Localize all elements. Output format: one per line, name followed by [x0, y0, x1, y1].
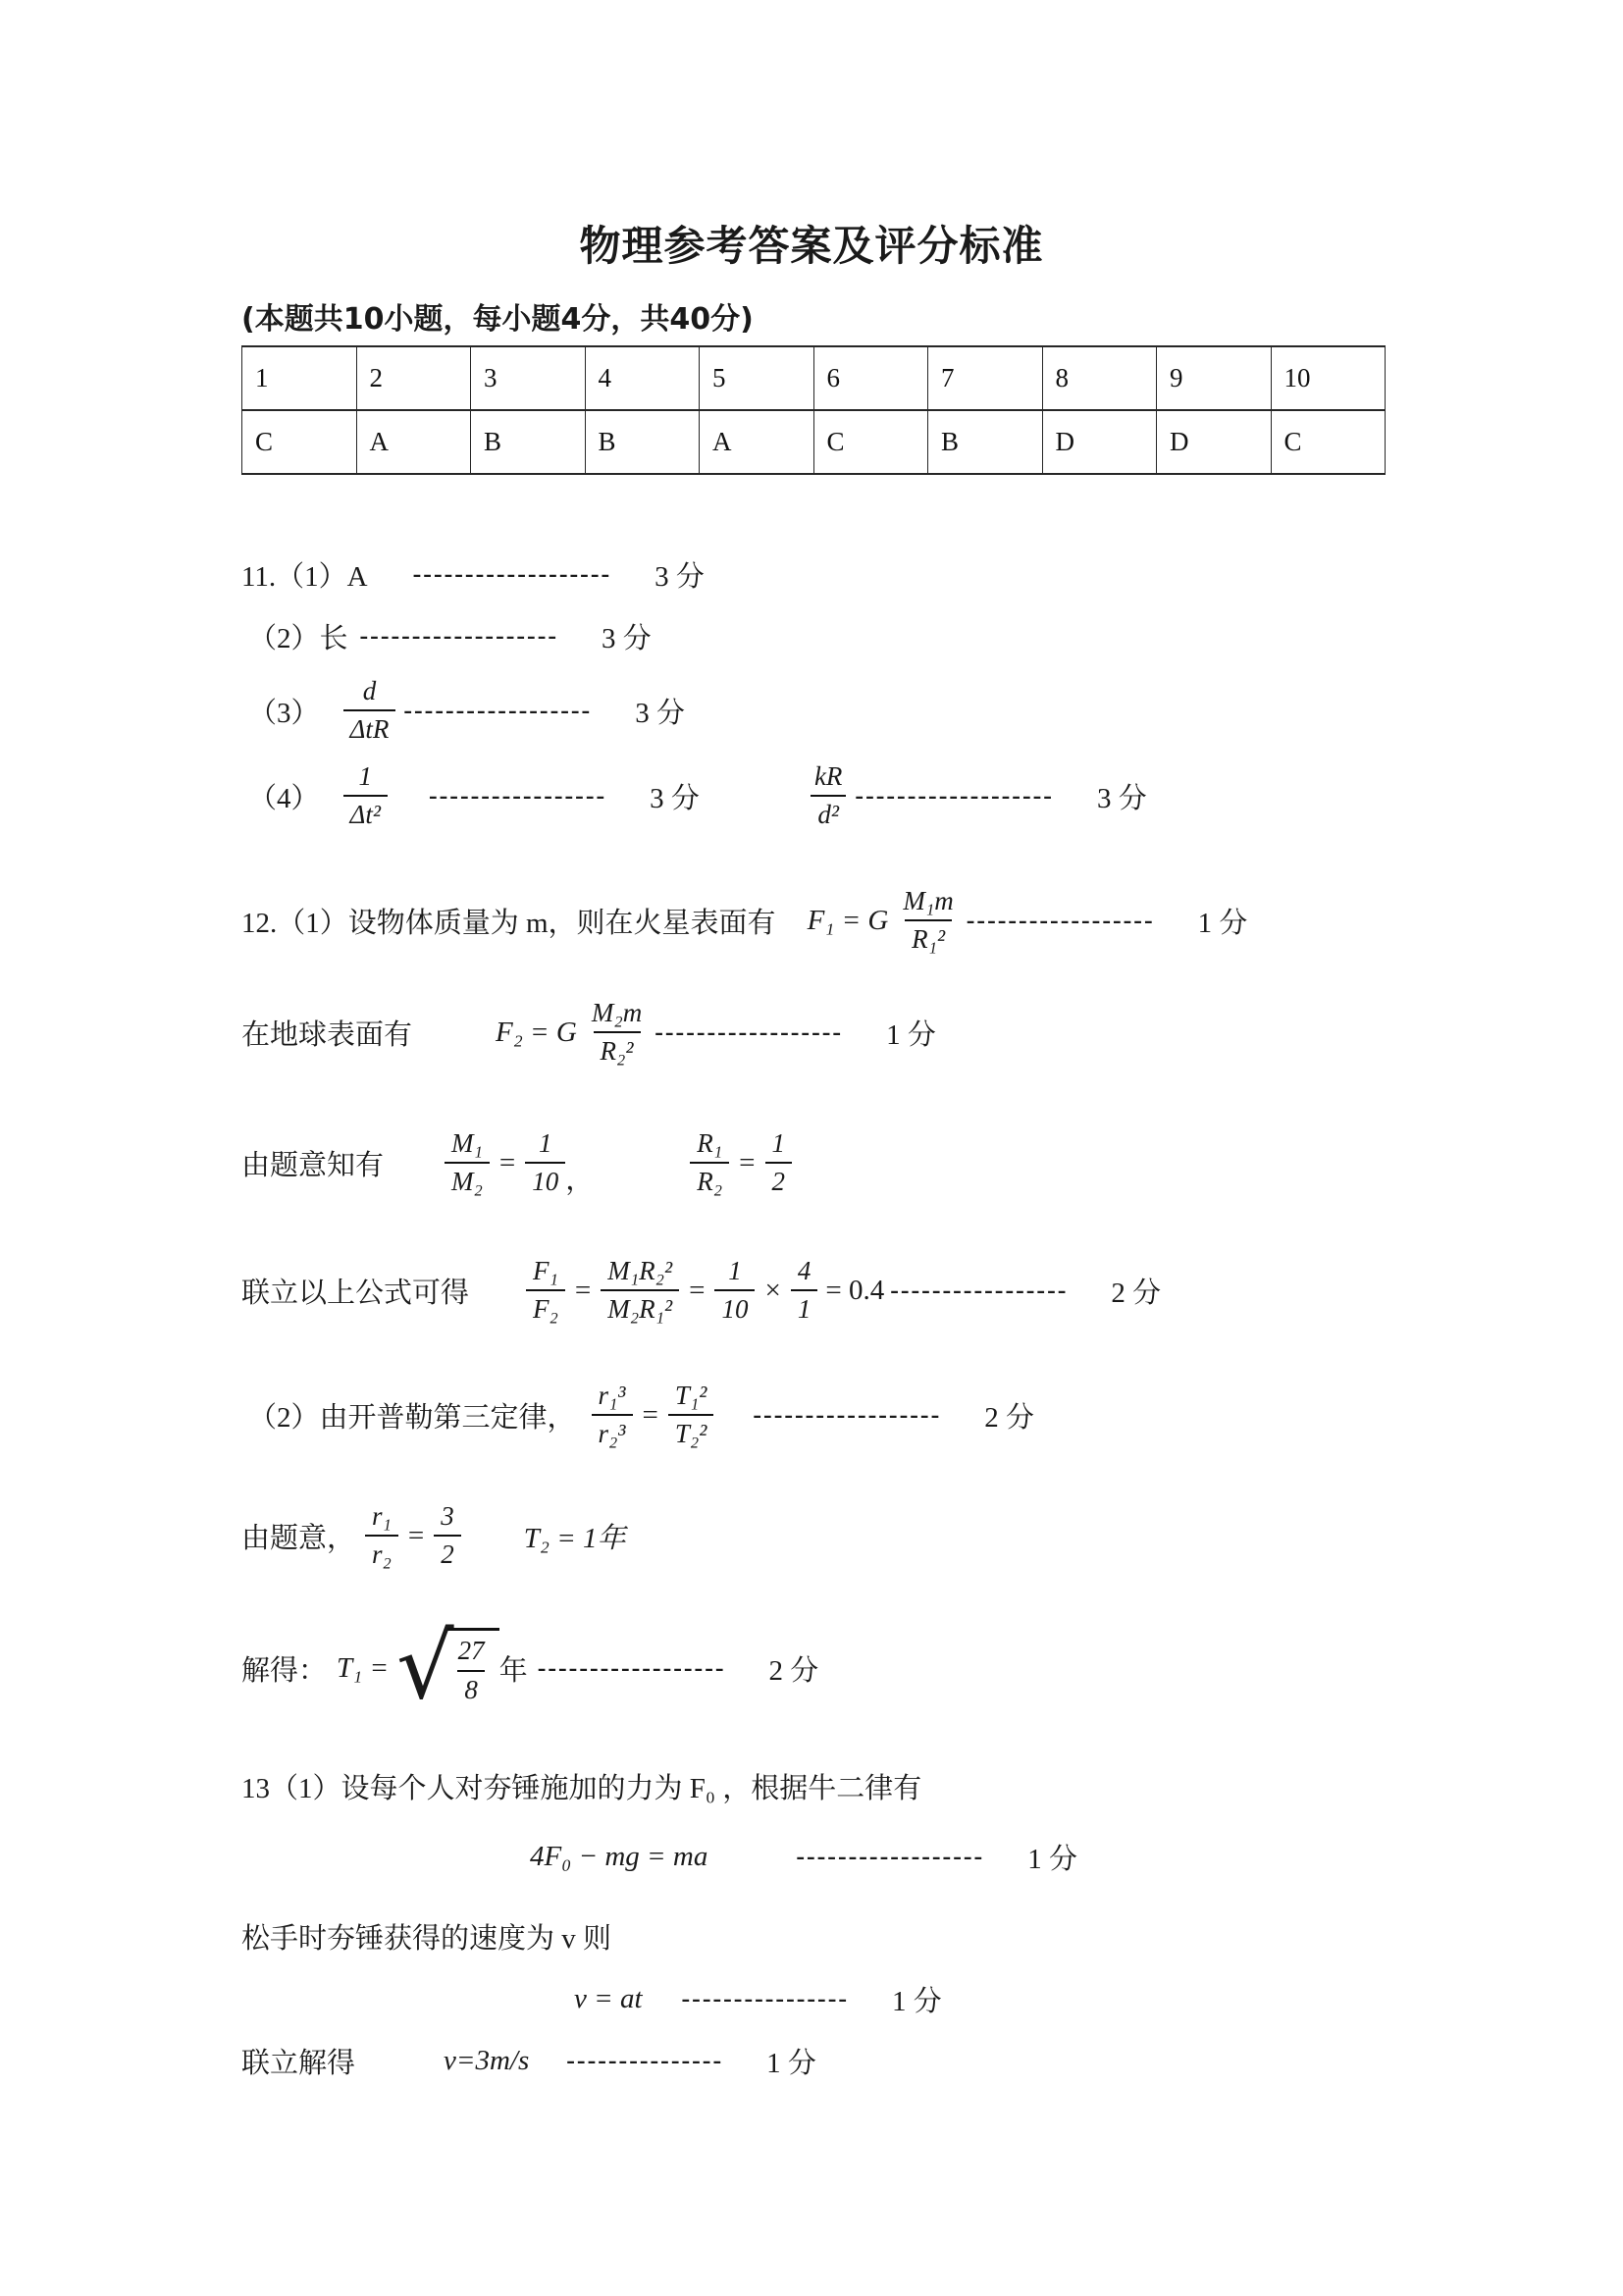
dots-leader: -----------------	[890, 1276, 1068, 1305]
statement-label: 由题意知有	[241, 1143, 384, 1183]
fraction: 27 8	[451, 1636, 492, 1704]
answer-table-answer-cell: D	[1042, 410, 1157, 474]
q12-line-3: 由题意知有 M₁ M₂ = 1 10 ， R₁ R₂ = 1 2	[241, 1114, 792, 1212]
fraction-denominator: d²	[811, 795, 846, 830]
dots-leader: ----------------	[682, 1984, 850, 2013]
score-label: 3 分	[1097, 776, 1147, 816]
times-sign: ×	[764, 1275, 780, 1307]
q13-line-1: 13（1）设每个人对夯锤施加的力为 F₀ ，根据牛二律有	[241, 1766, 921, 1805]
fraction-numerator: 1	[351, 761, 379, 795]
answer-table-answer-cell: A	[356, 410, 471, 474]
answer-table-answer-cell: D	[1157, 410, 1272, 474]
fraction-denominator: r₂³	[592, 1414, 633, 1449]
statement-label: 12.（1）设物体质量为 m，则在火星表面有	[241, 901, 776, 941]
answer-table-header-cell: 1	[242, 346, 357, 410]
fraction-numerator: M₂m	[585, 998, 649, 1031]
fraction-numerator: R₁	[690, 1128, 729, 1162]
fraction-denominator: R₁²	[905, 919, 952, 955]
score-label: 1 分	[892, 1979, 942, 2019]
fraction-numerator: T₁²	[668, 1381, 714, 1414]
statement-label: 由题意，	[241, 1516, 355, 1556]
equals-sign: =	[689, 1275, 705, 1307]
fraction-denominator: r₂	[365, 1535, 398, 1570]
score-label: 2 分	[1111, 1271, 1161, 1311]
statement-label: 联立解得	[241, 2041, 355, 2081]
score-label: 3 分	[650, 776, 700, 816]
fraction-denominator: 8	[457, 1670, 485, 1705]
fraction-numerator: 27	[451, 1636, 492, 1669]
fraction: 1 2	[765, 1128, 793, 1197]
statement-label: （2）由开普勒第三定律，	[248, 1395, 576, 1435]
fraction-denominator: M₂	[445, 1162, 490, 1197]
score-label: 3 分	[635, 691, 685, 731]
dots-leader: -----------------	[429, 781, 606, 810]
dots-leader: ------------------	[753, 1400, 941, 1430]
fraction-numerator: d	[356, 676, 384, 709]
q12-line-2: 在地球表面有 F₂ = G M₂m R₂² ------------------…	[241, 983, 936, 1081]
formula-lhs: F₂ = G	[496, 1017, 577, 1049]
equals-sign: =	[575, 1275, 591, 1307]
fraction: M₁m R₁²	[896, 886, 960, 955]
fraction: 4 1	[791, 1256, 818, 1325]
fraction-denominator: F₂	[526, 1289, 565, 1325]
fraction: T₁² T₂²	[668, 1381, 714, 1449]
q12-line-5: （2）由开普勒第三定律， r₁³ r₂³ = T₁² T₂² ---------…	[248, 1361, 1034, 1469]
equals-sign: =	[643, 1399, 658, 1432]
formula-lhs: T₁ =	[337, 1652, 389, 1685]
fraction-numerator: 3	[434, 1501, 461, 1535]
fraction-denominator: R₂²	[594, 1031, 641, 1067]
score-label: 3 分	[602, 616, 652, 656]
fraction-numerator: kR	[808, 761, 849, 795]
fraction-numerator: 1	[721, 1256, 749, 1289]
fraction-numerator: M₁	[445, 1128, 490, 1162]
fraction-numerator: F₁	[526, 1256, 565, 1289]
dots-leader: ---------------	[566, 2046, 723, 2075]
fraction: 1 10	[525, 1128, 565, 1197]
q12-line-6: 由题意， r₁ r₂ = 3 2 T₂ = 1年	[241, 1487, 626, 1585]
formula: v=3m/s	[444, 2045, 529, 2077]
fraction-numerator: M₁R₂²	[601, 1256, 679, 1289]
q11-item-1: 11.（1）A ------------------- 3 分	[241, 554, 705, 594]
score-label: 1 分	[1027, 1837, 1077, 1877]
fraction: 3 2	[434, 1501, 461, 1570]
answer-table-header-cell: 10	[1271, 346, 1386, 410]
fraction: M₁R₂² M₂R₁²	[601, 1256, 679, 1325]
fraction-numerator: 1	[532, 1128, 559, 1162]
q12-line-4: 联立以上公式可得 F₁ F₂ = M₁R₂² M₂R₁² = 1 10 × 4 …	[241, 1241, 1161, 1339]
score-label: 2 分	[984, 1395, 1034, 1435]
answer-table-answer-cell: B	[928, 410, 1043, 474]
fraction: F₁ F₂	[526, 1256, 565, 1325]
answer-table-header-cell: 6	[813, 346, 928, 410]
statement-label: 松手时夯锤获得的速度为 v 则	[241, 1916, 611, 1957]
fraction-numerator: M₁m	[896, 886, 960, 919]
fraction: 1 Δt²	[343, 761, 388, 830]
statement-label: 联立以上公式可得	[241, 1271, 469, 1311]
score-label: 2 分	[769, 1648, 819, 1689]
formula: 4F₀ − mg = ma	[530, 1841, 707, 1873]
answer-table-header-cell: 9	[1157, 346, 1272, 410]
answer-table-header-cell: 7	[928, 346, 1043, 410]
radical-sign: √	[396, 1628, 454, 1706]
answer-table-answer-row: C A B B A C B D D C	[242, 410, 1386, 474]
dots-leader: -------------------	[855, 781, 1054, 810]
fraction-denominator: M₂R₁²	[601, 1289, 679, 1325]
fraction-numerator: 1	[765, 1128, 793, 1162]
dots-leader: -------------------	[360, 621, 559, 651]
answer-table-header-cell: 4	[585, 346, 700, 410]
fraction: 1 10	[714, 1256, 755, 1325]
known-value: T₂ = 1年	[524, 1516, 626, 1556]
fraction-denominator: Δt²	[343, 795, 388, 830]
answer-table-header-cell: 3	[471, 346, 586, 410]
fraction: r₁³ r₂³	[592, 1381, 633, 1449]
q11-item-4: （4） 1 Δt² ----------------- 3 分 kR d² --…	[248, 747, 1147, 845]
q13-line-2: 4F₀ − mg = ma ------------------ 1 分	[530, 1837, 1077, 1876]
q13-line-3: 松手时夯锤获得的速度为 v 则	[241, 1916, 611, 1956]
statement-label: 在地球表面有	[241, 1013, 412, 1053]
answer-table-answer-cell: A	[700, 410, 814, 474]
answer-table-answer-cell: C	[1271, 410, 1386, 474]
formula-result: = 0.4	[825, 1275, 884, 1307]
dots-leader: -------------------	[413, 559, 612, 589]
answer-table-header-cell: 8	[1042, 346, 1157, 410]
fraction-denominator: 2	[434, 1535, 461, 1570]
page-title: 物理参考答案及评分标准	[0, 214, 1623, 273]
q11-item-2: （2）长 ------------------- 3 分	[248, 616, 652, 655]
equals-sign: =	[499, 1147, 515, 1179]
fraction-numerator: 4	[791, 1256, 818, 1289]
score-label: 1 分	[766, 2041, 816, 2081]
q11-item-3: （3） d ΔtR ------------------ 3 分	[248, 661, 685, 759]
fraction-numerator: r₁³	[592, 1381, 633, 1414]
equals-sign: =	[408, 1520, 424, 1552]
answer-table-header-row: 1 2 3 4 5 6 7 8 9 10	[242, 346, 1386, 410]
answer-table-answer-cell: C	[813, 410, 928, 474]
fraction: M₁ M₂	[445, 1128, 490, 1197]
formula: v = at	[574, 1983, 643, 2015]
fraction-denominator: 10	[714, 1289, 755, 1325]
answer-table: 1 2 3 4 5 6 7 8 9 10 C A B B A C B D D	[241, 345, 1386, 475]
answer-label: （3）	[248, 691, 320, 731]
statement-label: 13（1）设每个人对夯锤施加的力为 F₀ ，根据牛二律有	[241, 1766, 921, 1806]
fraction-denominator: 10	[525, 1162, 565, 1197]
fraction-numerator: r₁	[365, 1501, 398, 1535]
fraction-denominator: 2	[765, 1162, 793, 1197]
document-page: 物理参考答案及评分标准 (本题共10小题，每小题4分，共40分) 1 2 3 4…	[0, 0, 1623, 2296]
fraction: R₁ R₂	[690, 1128, 729, 1197]
score-label: 1 分	[1198, 901, 1248, 941]
statement-label: 解得：	[241, 1648, 327, 1689]
fraction: kR d²	[808, 761, 849, 830]
comma: ，	[565, 1158, 594, 1212]
fraction: M₂m R₂²	[585, 998, 649, 1067]
q13-line-5: 联立解得 v=3m/s --------------- 1 分	[241, 2041, 816, 2080]
answer-label: （4）	[248, 776, 320, 816]
answer-table-answer-cell: C	[242, 410, 357, 474]
dots-leader: ------------------	[967, 906, 1155, 935]
dots-leader: ------------------	[796, 1842, 984, 1871]
fraction: r₁ r₂	[365, 1501, 398, 1570]
equals-sign: =	[739, 1147, 755, 1179]
answer-table-header-cell: 5	[700, 346, 814, 410]
sqrt-expression: √ 27 8	[396, 1628, 499, 1709]
formula-lhs: F₁ = G	[808, 905, 889, 937]
dots-leader: ------------------	[654, 1018, 843, 1047]
answer-label: （2）长	[248, 616, 348, 656]
fraction-denominator: 1	[791, 1289, 818, 1325]
fraction-denominator: R₂	[690, 1162, 729, 1197]
q12-line-1: 12.（1）设物体质量为 m，则在火星表面有 F₁ = G M₁m R₁² --…	[241, 871, 1247, 969]
dots-leader: ------------------	[538, 1653, 726, 1683]
score-label: 1 分	[886, 1013, 936, 1053]
radicand: 27 8	[447, 1628, 499, 1709]
score-label: 3 分	[654, 554, 705, 595]
fraction-denominator: T₂²	[668, 1414, 714, 1449]
answer-table-header-cell: 2	[356, 346, 471, 410]
dots-leader: ------------------	[403, 696, 592, 725]
unit-label: 年	[499, 1648, 528, 1689]
answer-table-answer-cell: B	[585, 410, 700, 474]
fraction-denominator: ΔtR	[343, 709, 396, 745]
fraction: d ΔtR	[343, 676, 396, 745]
answer-label: 11.（1）A	[241, 554, 368, 595]
q13-line-4: v = at ---------------- 1 分	[574, 1979, 942, 2018]
section-note: (本题共10小题，每小题4分，共40分)	[241, 294, 754, 338]
answer-table-answer-cell: B	[471, 410, 586, 474]
q12-line-7: 解得： T₁ = √ 27 8 年 ------------------ 2 分	[241, 1614, 818, 1722]
